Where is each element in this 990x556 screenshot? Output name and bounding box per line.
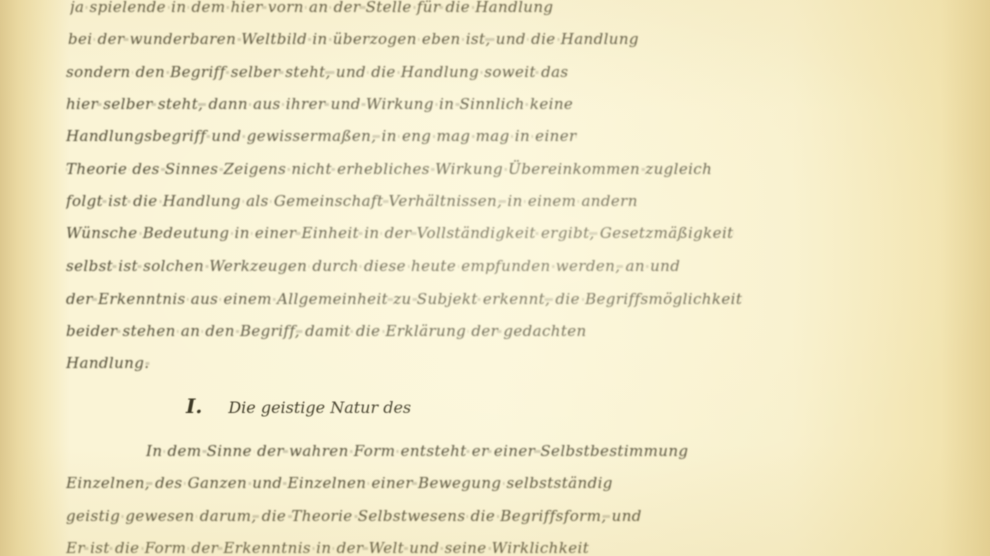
section-title: Die geistige Natur des [228, 398, 411, 417]
text-line: folgt ist die Handlung als Gemeinschaft … [66, 190, 976, 212]
text-line: Er ist die Form der Erkenntnis in der We… [66, 537, 976, 556]
text-line: bei der wunderbaren Weltbild in überzoge… [68, 28, 968, 50]
manuscript-page: ja spielende in dem hier vorn an der Ste… [0, 0, 990, 556]
text-line: ja spielende in dem hier vorn an der Ste… [70, 0, 970, 18]
text-line: hier selber steht, dann aus ihrer und Wi… [66, 93, 966, 115]
text-line: In dem Sinne der wahren Form entsteht er… [146, 440, 926, 462]
text-line: der Erkenntnis aus einem Allgemeinheit z… [66, 288, 976, 310]
text-line: Einzelnen, des Ganzen und Einzelnen eine… [66, 472, 976, 494]
section-number: I. [186, 394, 202, 418]
text-line: beider stehen an den Begriff, damit die … [66, 320, 956, 342]
text-line: Handlungsbegriff und gewissermaßen, in e… [66, 125, 966, 147]
text-line: Theorie des Sinnes Zeigens nicht erhebli… [66, 158, 976, 180]
text-line: selbst ist solchen Werkzeugen durch dies… [66, 255, 976, 277]
text-line: Handlung. [66, 352, 266, 374]
text-line: Wünsche Bedeutung in einer Einheit in de… [66, 222, 976, 244]
text-line: sondern den Begriff selber steht, und di… [66, 61, 946, 83]
text-line: geistig gewesen darum, die Theorie Selbs… [66, 505, 966, 527]
section-heading: I.Die geistige Natur des [186, 394, 411, 418]
